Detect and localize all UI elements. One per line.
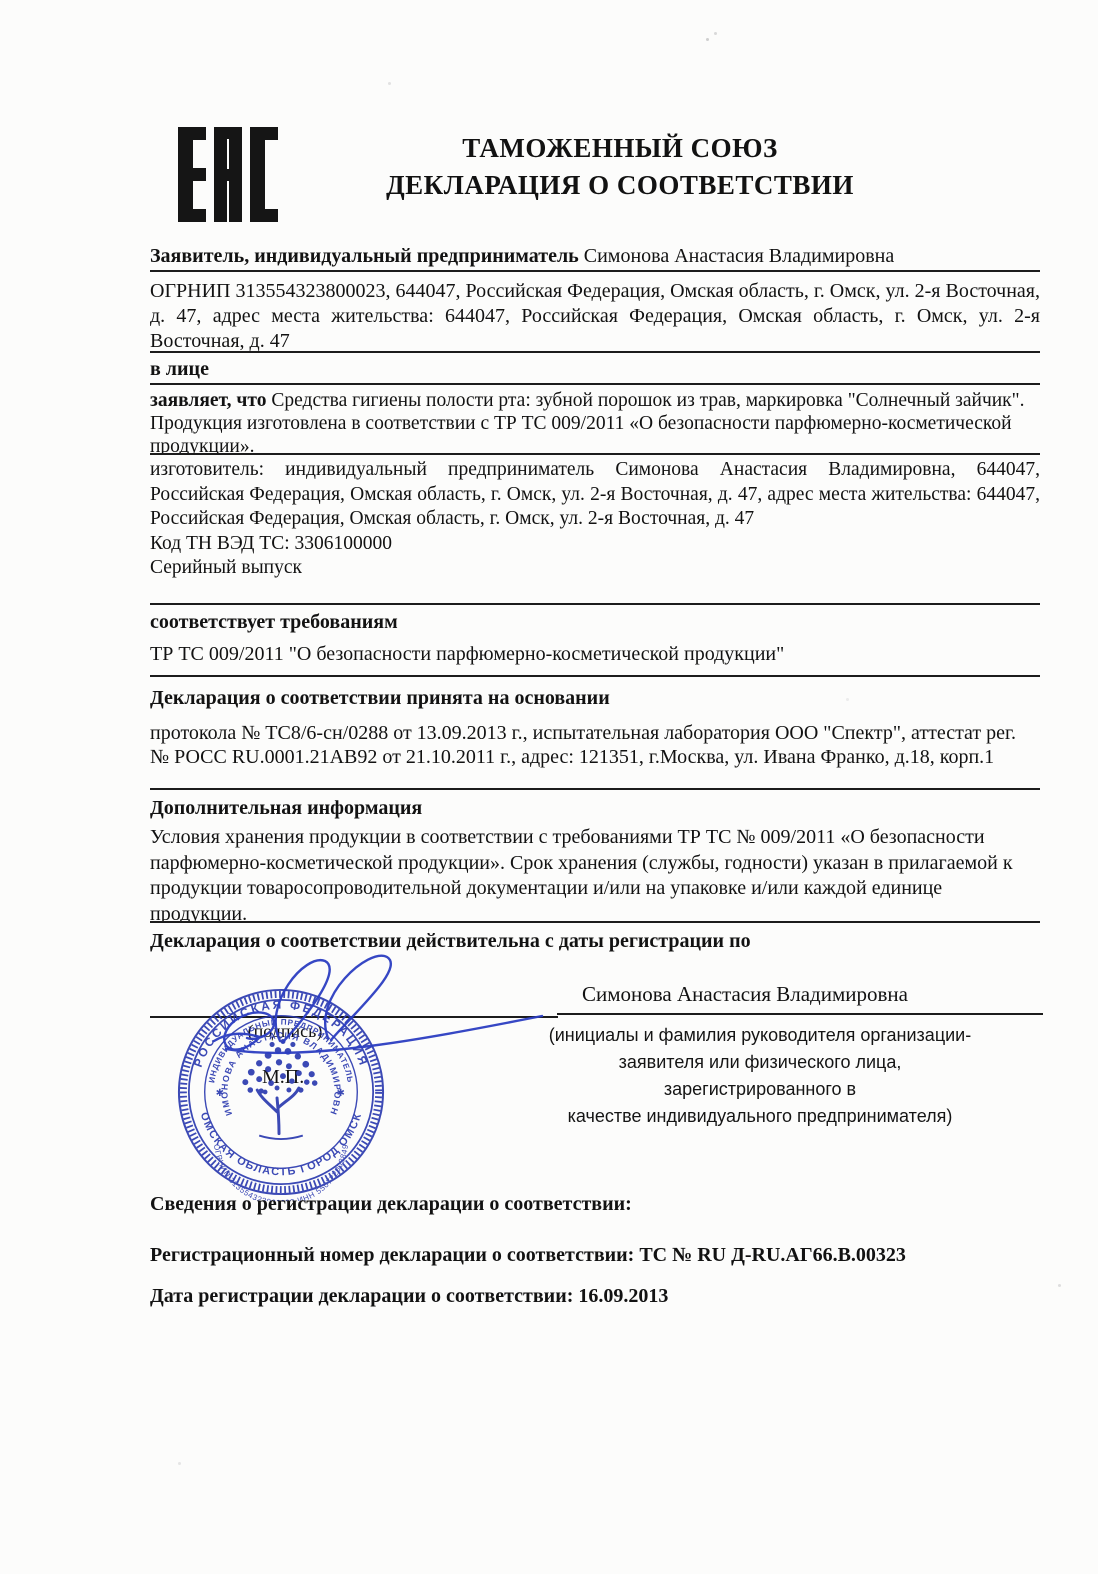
handwritten-signature (210, 945, 560, 1085)
basis-row: Декларация о соответствии принята на осн… (150, 677, 1040, 790)
stamp-star-right: ✱ (336, 1088, 344, 1099)
applicant-value: Симонова Анастасия Владимировна (584, 245, 894, 267)
signer-name: Симонова Анастасия Владимировна (555, 982, 935, 1007)
caption-line-3: качестве индивидуального предпринимателя… (548, 1103, 972, 1130)
registration-date-row: Дата регистрации декларации о соответств… (150, 1285, 668, 1308)
applicant-label: Заявитель, индивидуальный предпринимател… (150, 245, 579, 267)
declares-label: заявляет, что (150, 390, 267, 411)
stamp-star-left: ✱ (216, 1088, 224, 1099)
caption-line-1: (инициалы и фамилия руководителя организ… (548, 1022, 972, 1049)
registration-date-value: 16.09.2013 (578, 1285, 668, 1307)
additional-label: Дополнительная информация (150, 797, 1040, 820)
caption-line-2: заявителя или физического лица, зарегист… (548, 1049, 972, 1103)
serial-type: Серийный выпуск (150, 556, 1040, 581)
applicant-address: ОГРНИП 313554323800023, 644047, Российск… (150, 272, 1040, 353)
additional-info-row: Дополнительная информация Условия хранен… (150, 790, 1040, 923)
signer-name-caption: (инициалы и фамилия руководителя организ… (548, 1022, 972, 1130)
manufacturer-text: изготовитель: индивидуальный предпринима… (150, 458, 1040, 532)
registration-number-value: ТС № RU Д-RU.АГ66.В.00323 (639, 1244, 906, 1266)
basis-text: протокола № ТС8/6-сн/0288 от 13.09.2013 … (150, 721, 1040, 769)
manufacturer-row: изготовитель: индивидуальный предпринима… (150, 455, 1040, 605)
registration-number-label: Регистрационный номер декларации о соотв… (150, 1244, 634, 1266)
scan-noise (706, 38, 709, 41)
in-person-row: в лице (150, 353, 1040, 385)
registration-info-heading: Сведения о регистрации декларации о соот… (150, 1193, 632, 1216)
additional-text: Условия хранения продукции в соответстви… (150, 825, 1040, 923)
tnved-code: Код ТН ВЭД ТС: 3306100000 (150, 532, 1040, 557)
registration-date-label: Дата регистрации декларации о соответств… (150, 1285, 573, 1307)
complies-text: ТР ТС 009/2011 "О безопасности парфюмерн… (150, 643, 1040, 666)
declaration-document: ТАМОЖЕННЫЙ СОЮЗ ДЕКЛАРАЦИЯ О СООТВЕТСТВИ… (0, 0, 1098, 1574)
declaration-subject: заявляет, что Средства гигиены полости р… (150, 385, 1040, 455)
complies-row: соответствует требованиям ТР ТС 009/2011… (150, 605, 1040, 677)
registration-number-row: Регистрационный номер декларации о соотв… (150, 1244, 906, 1267)
title-line-1: ТАМОЖЕННЫЙ СОЮЗ (290, 130, 950, 167)
basis-label: Декларация о соответствии принята на осн… (150, 687, 1040, 710)
declares-text: Средства гигиены полости рта: зубной пор… (150, 390, 1025, 455)
complies-label: соответствует требованиям (150, 611, 1040, 634)
document-title: ТАМОЖЕННЫЙ СОЮЗ ДЕКЛАРАЦИЯ О СООТВЕТСТВИ… (290, 130, 950, 204)
eac-logo-icon (178, 127, 278, 222)
signer-name-line (557, 1013, 1043, 1015)
document-body: Заявитель, индивидуальный предпринимател… (150, 240, 1040, 953)
applicant-row: Заявитель, индивидуальный предпринимател… (150, 240, 1040, 272)
title-line-2: ДЕКЛАРАЦИЯ О СООТВЕТСТВИИ (290, 167, 950, 204)
